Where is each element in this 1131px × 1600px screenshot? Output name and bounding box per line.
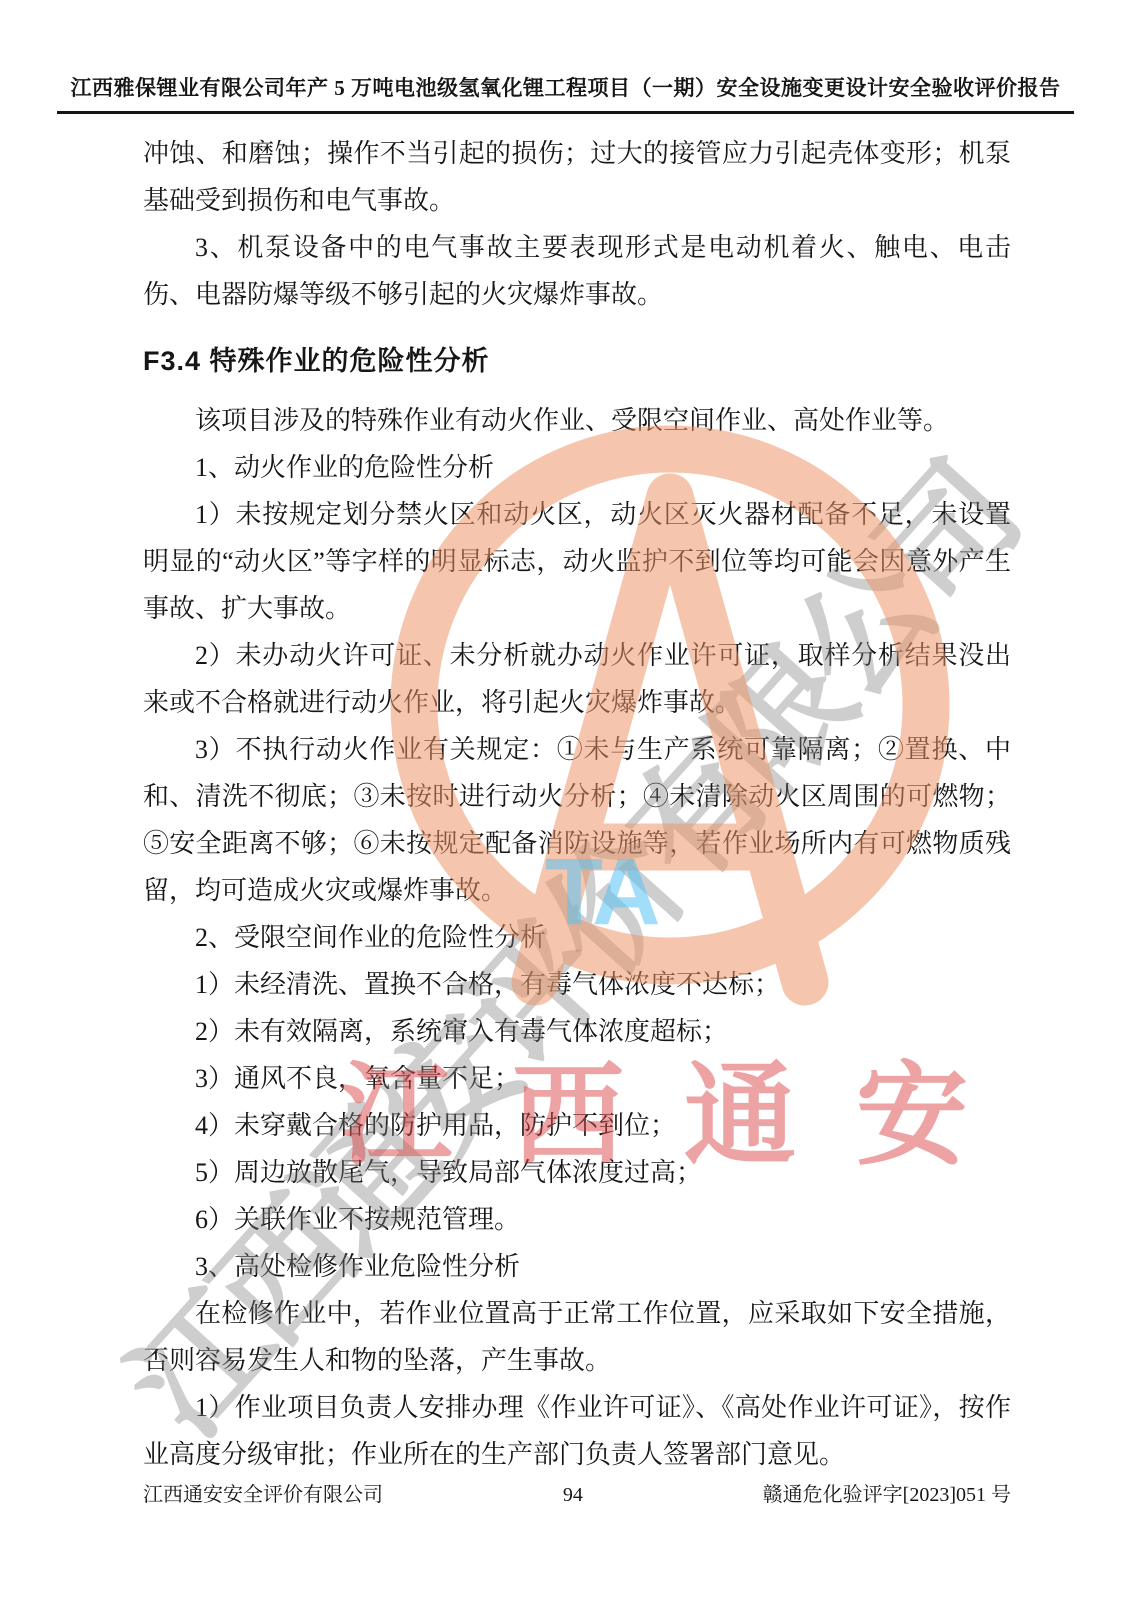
page-header-title: 江西雅保锂业有限公司年产 5 万吨电池级氢氧化锂工程项目（一期）安全设施变更设计…	[57, 72, 1074, 114]
footer-company: 江西通安安全评价有限公司	[143, 1478, 383, 1507]
paragraph: 4）未穿戴合格的防护用品，防护不到位；	[143, 1102, 1011, 1149]
page-footer: 江西通安安全评价有限公司 94 赣通危化验评字[2023]051 号	[143, 1478, 1011, 1507]
document-body: 冲蚀、和磨蚀；操作不当引起的损伤；过大的接管应力引起壳体变形；机泵基础受到损伤和…	[143, 130, 1011, 1478]
paragraph: 5）周边放散尾气，导致局部气体浓度过高；	[143, 1149, 1011, 1196]
paragraph: 2）未有效隔离，系统窜入有毒气体浓度超标；	[143, 1008, 1011, 1055]
paragraph: 2、受限空间作业的危险性分析	[143, 914, 1011, 961]
paragraph: 3）通风不良，氧含量不足；	[143, 1055, 1011, 1102]
paragraph: 1、动火作业的危险性分析	[143, 444, 1011, 491]
paragraph: 1）未经清洗、置换不合格，有毒气体浓度不达标；	[143, 961, 1011, 1008]
footer-page-number: 94	[563, 1484, 583, 1507]
paragraph: 6）关联作业不按规范管理。	[143, 1196, 1011, 1243]
paragraph: 3、高处检修作业危险性分析	[143, 1243, 1011, 1290]
paragraph: 1）未按规定划分禁火区和动火区，动火区灭火器材配备不足，未设置明显的“动火区”等…	[143, 491, 1011, 632]
paragraph: 1）作业项目负责人安排办理《作业许可证》、《高处作业许可证》，按作业高度分级审批…	[143, 1384, 1011, 1478]
section-heading: F3.4 特殊作业的危险性分析	[143, 338, 1011, 385]
document-page: 江西通安评价有限公司 TA 江西通安 江西雅保锂业有限公司年产 5 万吨电池级氢…	[0, 0, 1131, 1600]
paragraph: 在检修作业中，若作业位置高于正常工作位置，应采取如下安全措施，否则容易发生人和物…	[143, 1290, 1011, 1384]
paragraph: 该项目涉及的特殊作业有动火作业、受限空间作业、高处作业等。	[143, 397, 1011, 444]
paragraph: 2）未办动火许可证、未分析就办动火作业许可证，取样分析结果没出来或不合格就进行动…	[143, 632, 1011, 726]
paragraph: 3）不执行动火作业有关规定：①未与生产系统可靠隔离；②置换、中和、清洗不彻底；③…	[143, 726, 1011, 914]
paragraph: 3、机泵设备中的电气事故主要表现形式是电动机着火、触电、电击伤、电器防爆等级不够…	[143, 224, 1011, 318]
footer-doc-number: 赣通危化验评字[2023]051 号	[763, 1478, 1011, 1507]
paragraph: 冲蚀、和磨蚀；操作不当引起的损伤；过大的接管应力引起壳体变形；机泵基础受到损伤和…	[143, 130, 1011, 224]
